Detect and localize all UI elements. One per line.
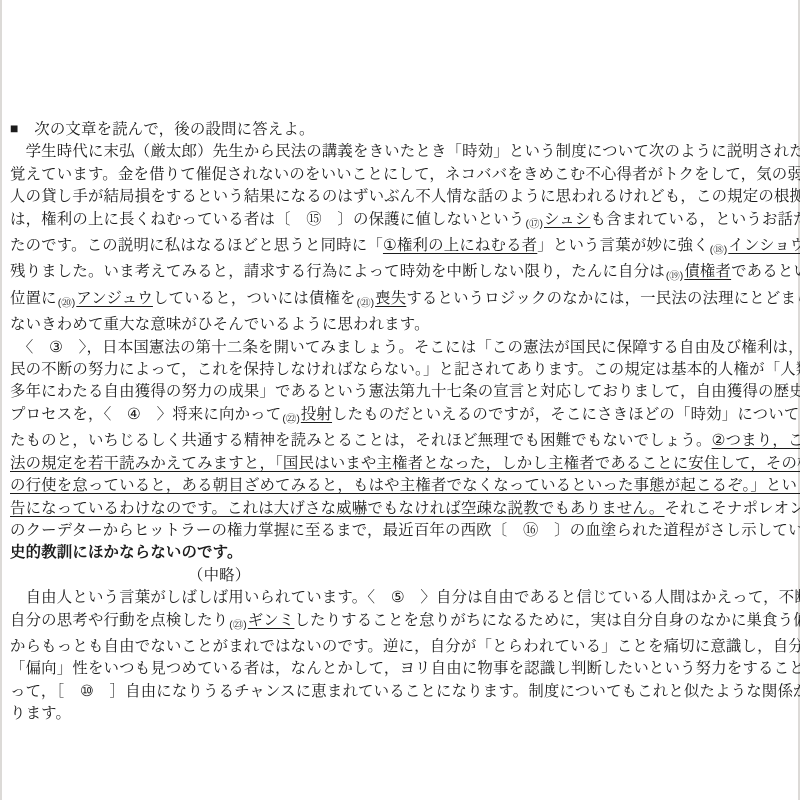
ref-number: (⑰) [525,218,545,230]
document-page: ■ 次の文章を読んで，後の設問に答えよ。 学生時代に末弘（厳太郎）先生から民法の… [0,0,800,800]
text-segment: 位置に [10,290,57,307]
text-segment: 民の不断の努力によって，これを保持しなければならない。」と記されてあります。この… [10,361,800,378]
underlined-text: ①権利の上にねむる者 [383,237,537,254]
body-line: 残りました。いま考えてみると，請求する行為によって時効を中断しない限り，たんに自… [10,261,791,287]
text-segment: ります。 [10,705,71,722]
body-line: 位置に(⑳)アンジュウしていると，ついには債権を(㉑)喪失するというロジックのな… [10,288,791,314]
text-segment: 次の文章を読んで，後の設問に答えよ。 [19,121,315,138]
text-segment: 人の貸し手が結局損をするという結果になるのはずいぶん不人情な話のように思われるけ… [10,188,800,205]
body-line: の行使を怠っていると，ある朝目ざめてみると，もはや主権者でなくなっているといった… [10,475,791,497]
underlined-text: 法の規定を若干読みかえてみますと，「国民はいまや主権者となった，しかし主権者であ… [10,455,800,472]
text-segment: 」という言葉が妙に強く [537,237,709,254]
body-line: 人の貸し手が結局損をするという結果になるのはずいぶん不人情な話のように思われるけ… [10,186,791,208]
text-segment: ないきわめて重大な意味がひそんでいるように思われます。 [10,316,430,333]
ref-number: (㉒) [281,413,301,425]
text-segment: のクーデターからヒットラーの権力掌握に至るまで，最近百年の西欧〔 ⑯ 〕の血塗ら… [10,522,800,539]
underlined-text: 喪失 [375,290,406,307]
underlined-text: 債権者 [684,263,731,280]
body-line: ります。 [10,703,791,725]
text-segment: たものと，いちじるしく共通する精神を読みとることは，それほど無理でも困難でもない… [10,432,712,449]
text-segment: （中略） [188,567,250,584]
text-segment: であるという [731,263,800,280]
text-segment: たのです。この説明に私はなるほどと思うと同時に「 [10,237,383,254]
text-segment: 〈 ③ 〉，日本国憲法の第十二条を開いてみましょう。そこには「この憲法が国民に保… [10,339,800,356]
underlined-text: アンジュウ [76,290,153,307]
body-line: 自由人という言葉がしばしば用いられています。〈 ⑤ 〉自分は自由であると信じてい… [10,587,791,609]
body-line: プロセスを，〈 ④ 〉将来に向かって(㉒)投射したものだといえるのですが，そこに… [10,404,791,430]
body-line: 民の不断の努力によって，これを保持しなければならない。」と記されてあります。この… [10,359,791,381]
body-line: 覚えています。金を借りて催促されないのをいいことにして，ネコババをきめこむ不心得… [10,164,791,186]
body-line: からもっとも自由でないことがまれではないのです。逆に，自分が「とらわれている」こ… [10,636,791,658]
bold-text: 史的教訓にほかならないのです。 [10,544,243,561]
body-line: 自分の思考や行動を点検したり(㉓)ギンミしたりすることを怠りがちになるために，実… [10,610,791,636]
omission-line: （中略） [188,565,791,587]
text-segment: も含まれている，というお話だっ [590,211,800,228]
body-line: 多年にわたる自由獲得の努力の成果」であるという憲法第九十七条の宣言と対応しており… [10,381,791,403]
text-segment: していると，ついには債権を [153,290,356,307]
text-segment: するというロジックのなかには，一民法の法理にとどまら [406,290,800,307]
text-segment: それこそナポレオン三世 [665,500,800,517]
body-line: 法の規定を若干読みかえてみますと，「国民はいまや主権者となった，しかし主権者であ… [10,453,791,475]
text-segment: って，［ ⑩ ］自由になりうるチャンスに恵まれていることになります。制度について… [10,683,800,700]
ref-number: (㉓) [228,619,248,631]
underlined-text: 告になっているわけなのです。これは大げさな威嚇でもなければ空疎な説教でもありませ… [10,500,665,517]
body-line: たものと，いちじるしく共通する精神を読みとることは，それほど無理でも困難でもない… [10,430,791,452]
text-segment: 覚えています。金を借りて催促されないのをいいことにして，ネコババをきめこむ不心得… [10,166,800,183]
body-line: 史的教訓にほかならないのです。 [10,542,791,564]
text-segment: 残りました。いま考えてみると，請求する行為によって時効を中断しない限り，たんに自… [10,263,665,280]
body-line: たのです。この説明に私はなるほどと思うと同時に「①権利の上にねむる者」という言葉… [10,235,791,261]
underlined-text: シュシ [544,211,590,228]
black-square-marker: ■ [10,120,19,136]
ref-number: (㉑) [356,297,376,309]
underlined-text: ②つまり，この憲 [712,432,800,449]
text-segment: 「偏向」性をいつも見つめている者は，なんとかして，ヨリ自由に物事を認識し判断した… [10,660,800,677]
body-line: 「偏向」性をいつも見つめている者は，なんとかして，ヨリ自由に物事を認識し判断した… [10,658,791,680]
ref-number: (⑱) [709,244,729,256]
text-segment: 自由人という言葉がしばしば用いられています。〈 ⑤ 〉自分は自由であると信じてい… [10,589,800,606]
underlined-text: ギンミ [248,612,295,629]
body-line: は，権利の上に長くねむっている者は〔 ⑮ 〕の保護に値しないという(⑰)シュシも… [10,209,791,235]
underlined-text: 投射 [301,406,332,423]
body-line: 学生時代に末弘（厳太郎）先生から民法の講義をきいたとき「時効」という制度について… [10,141,791,163]
body-line: ないきわめて重大な意味がひそんでいるように思われます。 [10,314,791,336]
ref-number: (⑳) [57,297,77,309]
body-line: って，［ ⑩ ］自由になりうるチャンスに恵まれていることになります。制度について… [10,681,791,703]
ref-number: (⑲) [665,270,685,282]
text-segment: からもっとも自由でないことがまれではないのです。逆に，自分が「とらわれている」こ… [10,638,800,655]
text-segment: プロセスを，〈 ④ 〉将来に向かって [10,406,281,423]
underlined-text: インショウ [728,237,800,254]
text-segment: したものだといえるのですが，そこにさきほどの「時効」について見 [332,406,800,423]
text-segment: したりすることを怠りがちになるために，実は自分自身のなかに巣食う偏見 [294,612,800,629]
text-segment: 多年にわたる自由獲得の努力の成果」であるという憲法第九十七条の宣言と対応しており… [10,383,800,400]
body-line: 告になっているわけなのです。これは大げさな威嚇でもなければ空疎な説教でもありませ… [10,498,791,520]
body-line: のクーデターからヒットラーの権力掌握に至るまで，最近百年の西欧〔 ⑯ 〕の血塗ら… [10,520,791,542]
text-segment: は，権利の上に長くねむっている者は〔 ⑮ 〕の保護に値しないという [10,211,525,228]
underlined-text: の行使を怠っていると，ある朝目ざめてみると，もはや主権者でなくなっているといった… [10,477,800,494]
instruction-line: ■ 次の文章を読んで，後の設問に答えよ。 [10,117,791,141]
text-segment: 学生時代に末弘（厳太郎）先生から民法の講義をきいたとき「時効」という制度について… [10,143,800,160]
text-segment: 自分の思考や行動を点検したり [10,612,228,629]
passage-text: ■ 次の文章を読んで，後の設問に答えよ。 学生時代に末弘（厳太郎）先生から民法の… [10,117,791,726]
body-line: 〈 ③ 〉，日本国憲法の第十二条を開いてみましょう。そこには「この憲法が国民に保… [10,337,791,359]
